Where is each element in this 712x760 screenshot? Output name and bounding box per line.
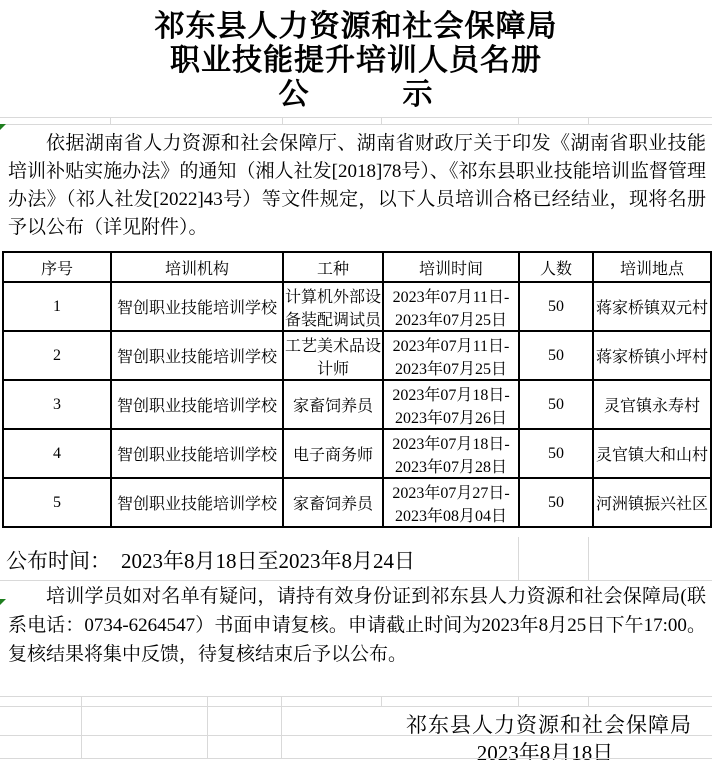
publish-time-value: 2023年8月18日至2023年8月24日 [121, 549, 415, 573]
cell-location: 灵官镇永寿村 [593, 380, 711, 429]
cell-location: 灵官镇大和山村 [593, 429, 711, 478]
cell-seq: 2 [3, 331, 111, 380]
cell-seq: 3 [3, 380, 111, 429]
gridline-vertical [207, 696, 208, 706]
cell-occupation: 家畜饲养员 [283, 380, 383, 429]
cell-seq: 1 [3, 282, 111, 331]
gridline-horizontal [0, 758, 712, 759]
table-row: 4 智创职业技能培训学校 电子商务师 2023年07月18日- 2023年07月… [3, 429, 711, 478]
cell-period: 2023年07月27日- 2023年08月04日 [383, 478, 519, 527]
gridline-vertical [281, 696, 282, 706]
training-roster-table: 序号 培训机构 工种 培训时间 人数 培训地点 1 智创职业技能培训学校 计算机… [2, 251, 712, 528]
col-header-seq: 序号 [3, 252, 111, 282]
gridline-vertical [281, 706, 282, 758]
cell-institution: 智创职业技能培训学校 [111, 429, 283, 478]
cell-count: 50 [519, 478, 593, 527]
cell-period: 2023年07月11日- 2023年07月25日 [383, 282, 519, 331]
gridline-vertical [518, 696, 519, 706]
publish-time-row: 公布时间：2023年8月18日至2023年8月24日 [6, 548, 415, 574]
table-row: 3 智创职业技能培训学校 家畜饲养员 2023年07月18日- 2023年07月… [3, 380, 711, 429]
cell-occupation: 工艺美术品设计师 [283, 331, 383, 380]
cell-occupation: 家畜饲养员 [283, 478, 383, 527]
gridline-vertical [588, 696, 589, 706]
gridline-horizontal [0, 696, 712, 697]
gridline-horizontal [0, 124, 712, 125]
cell-period: 2023年07月18日- 2023年07月26日 [383, 380, 519, 429]
col-header-institution: 培训机构 [111, 252, 283, 282]
table-row: 1 智创职业技能培训学校 计算机外部设备装配调试员 2023年07月11日- 2… [3, 282, 711, 331]
publish-time-label: 公布时间： [6, 549, 111, 573]
col-header-period: 培训时间 [383, 252, 519, 282]
gridline-vertical [110, 117, 111, 124]
cell-error-flag-icon [0, 599, 6, 605]
gridline-horizontal [0, 580, 712, 581]
cell-count: 50 [519, 282, 593, 331]
cell-seq: 5 [3, 478, 111, 527]
cell-occupation: 计算机外部设备装配调试员 [283, 282, 383, 331]
page-title: 祁东县人力资源和社会保障局 职业技能提升培训人员名册 公 示 [0, 10, 712, 112]
col-header-location: 培训地点 [593, 252, 711, 282]
cell-location: 蒋家桥镇小坪村 [593, 331, 711, 380]
review-note-paragraph: 培训学员如对名单有疑问，请持有效身份证到祁东县人力资源和社会保障局(联系电话：0… [8, 582, 706, 669]
cell-location: 蒋家桥镇双元村 [593, 282, 711, 331]
gridline-vertical [207, 706, 208, 758]
table-row: 5 智创职业技能培训学校 家畜饲养员 2023年07月27日- 2023年08月… [3, 478, 711, 527]
cell-count: 50 [519, 380, 593, 429]
gridline-vertical [81, 706, 82, 758]
title-notice-line: 公 示 [0, 78, 712, 112]
col-header-occupation: 工种 [283, 252, 383, 282]
gridline-vertical [381, 117, 382, 124]
intro-paragraph: 依据湖南省人力资源和社会保障厅、湖南省财政厅关于印发《湖南省职业技能培训补贴实施… [8, 130, 706, 242]
gridline-vertical [381, 696, 382, 706]
table-header-row: 序号 培训机构 工种 培训时间 人数 培训地点 [3, 252, 711, 282]
gridline-vertical [518, 537, 519, 580]
cell-institution: 智创职业技能培训学校 [111, 331, 283, 380]
title-roster-line: 职业技能提升培训人员名册 [0, 44, 712, 78]
cell-location: 河洲镇振兴社区 [593, 478, 711, 527]
col-header-count: 人数 [519, 252, 593, 282]
gridline-horizontal [0, 735, 712, 736]
cell-institution: 智创职业技能培训学校 [111, 282, 283, 331]
cell-count: 50 [519, 429, 593, 478]
cell-period: 2023年07月11日- 2023年07月25日 [383, 331, 519, 380]
cell-institution: 智创职业技能培训学校 [111, 478, 283, 527]
gridline-vertical [588, 537, 589, 580]
cell-count: 50 [519, 331, 593, 380]
title-org-line: 祁东县人力资源和社会保障局 [0, 10, 712, 44]
gridline-horizontal [0, 706, 712, 707]
gridline-vertical [81, 696, 82, 706]
gridline-horizontal [0, 117, 712, 118]
cell-occupation: 电子商务师 [283, 429, 383, 478]
gridline-vertical [518, 117, 519, 124]
cell-institution: 智创职业技能培训学校 [111, 380, 283, 429]
gridline-vertical [588, 117, 589, 124]
table-row: 2 智创职业技能培训学校 工艺美术品设计师 2023年07月11日- 2023年… [3, 331, 711, 380]
gridline-vertical [282, 117, 283, 124]
cell-period: 2023年07月18日- 2023年07月28日 [383, 429, 519, 478]
notice-page: 祁东县人力资源和社会保障局 职业技能提升培训人员名册 公 示 依据湖南省人力资源… [0, 0, 712, 760]
cell-error-flag-icon [0, 124, 6, 130]
cell-seq: 4 [3, 429, 111, 478]
signature-date: 2023年8月18日 [400, 737, 690, 760]
